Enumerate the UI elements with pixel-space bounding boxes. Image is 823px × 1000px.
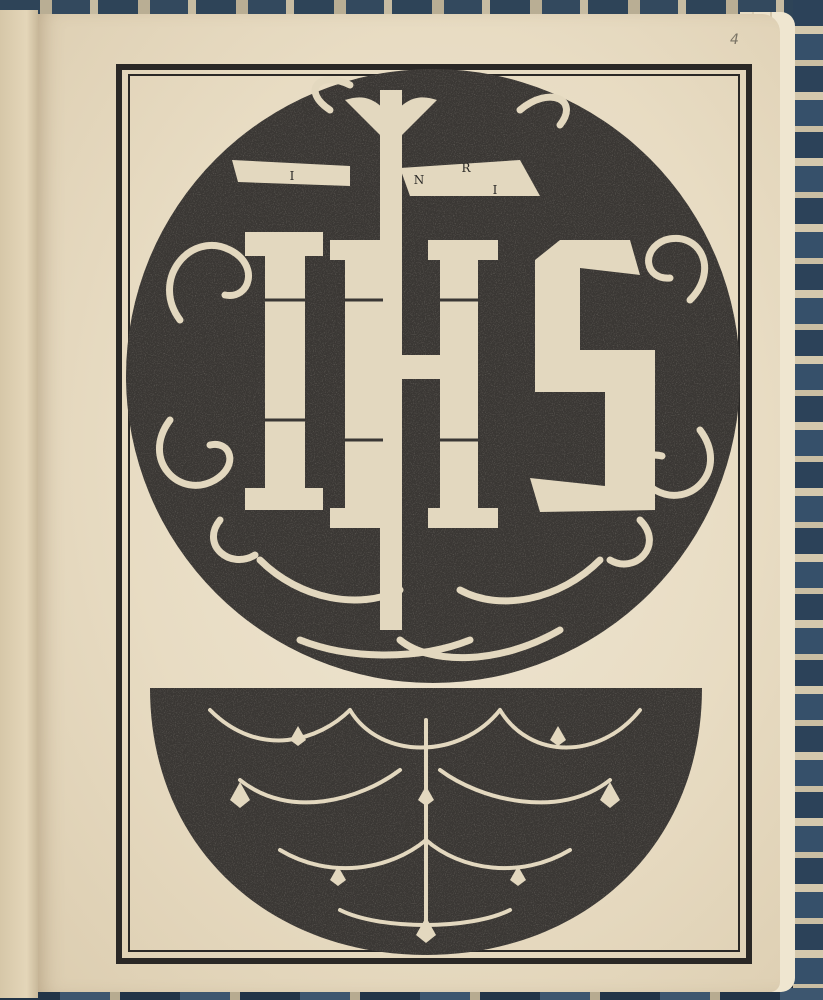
- banner-letter-r: R: [461, 161, 471, 175]
- banner-letter-i: I: [290, 169, 295, 183]
- banner-letter-n: N: [414, 173, 425, 187]
- arabesque-panel: [150, 688, 702, 955]
- banner-letter-i2: I: [493, 183, 498, 197]
- woodcut-illustration: I N R I: [0, 0, 823, 1000]
- ihs-medallion: I N R I: [126, 69, 740, 683]
